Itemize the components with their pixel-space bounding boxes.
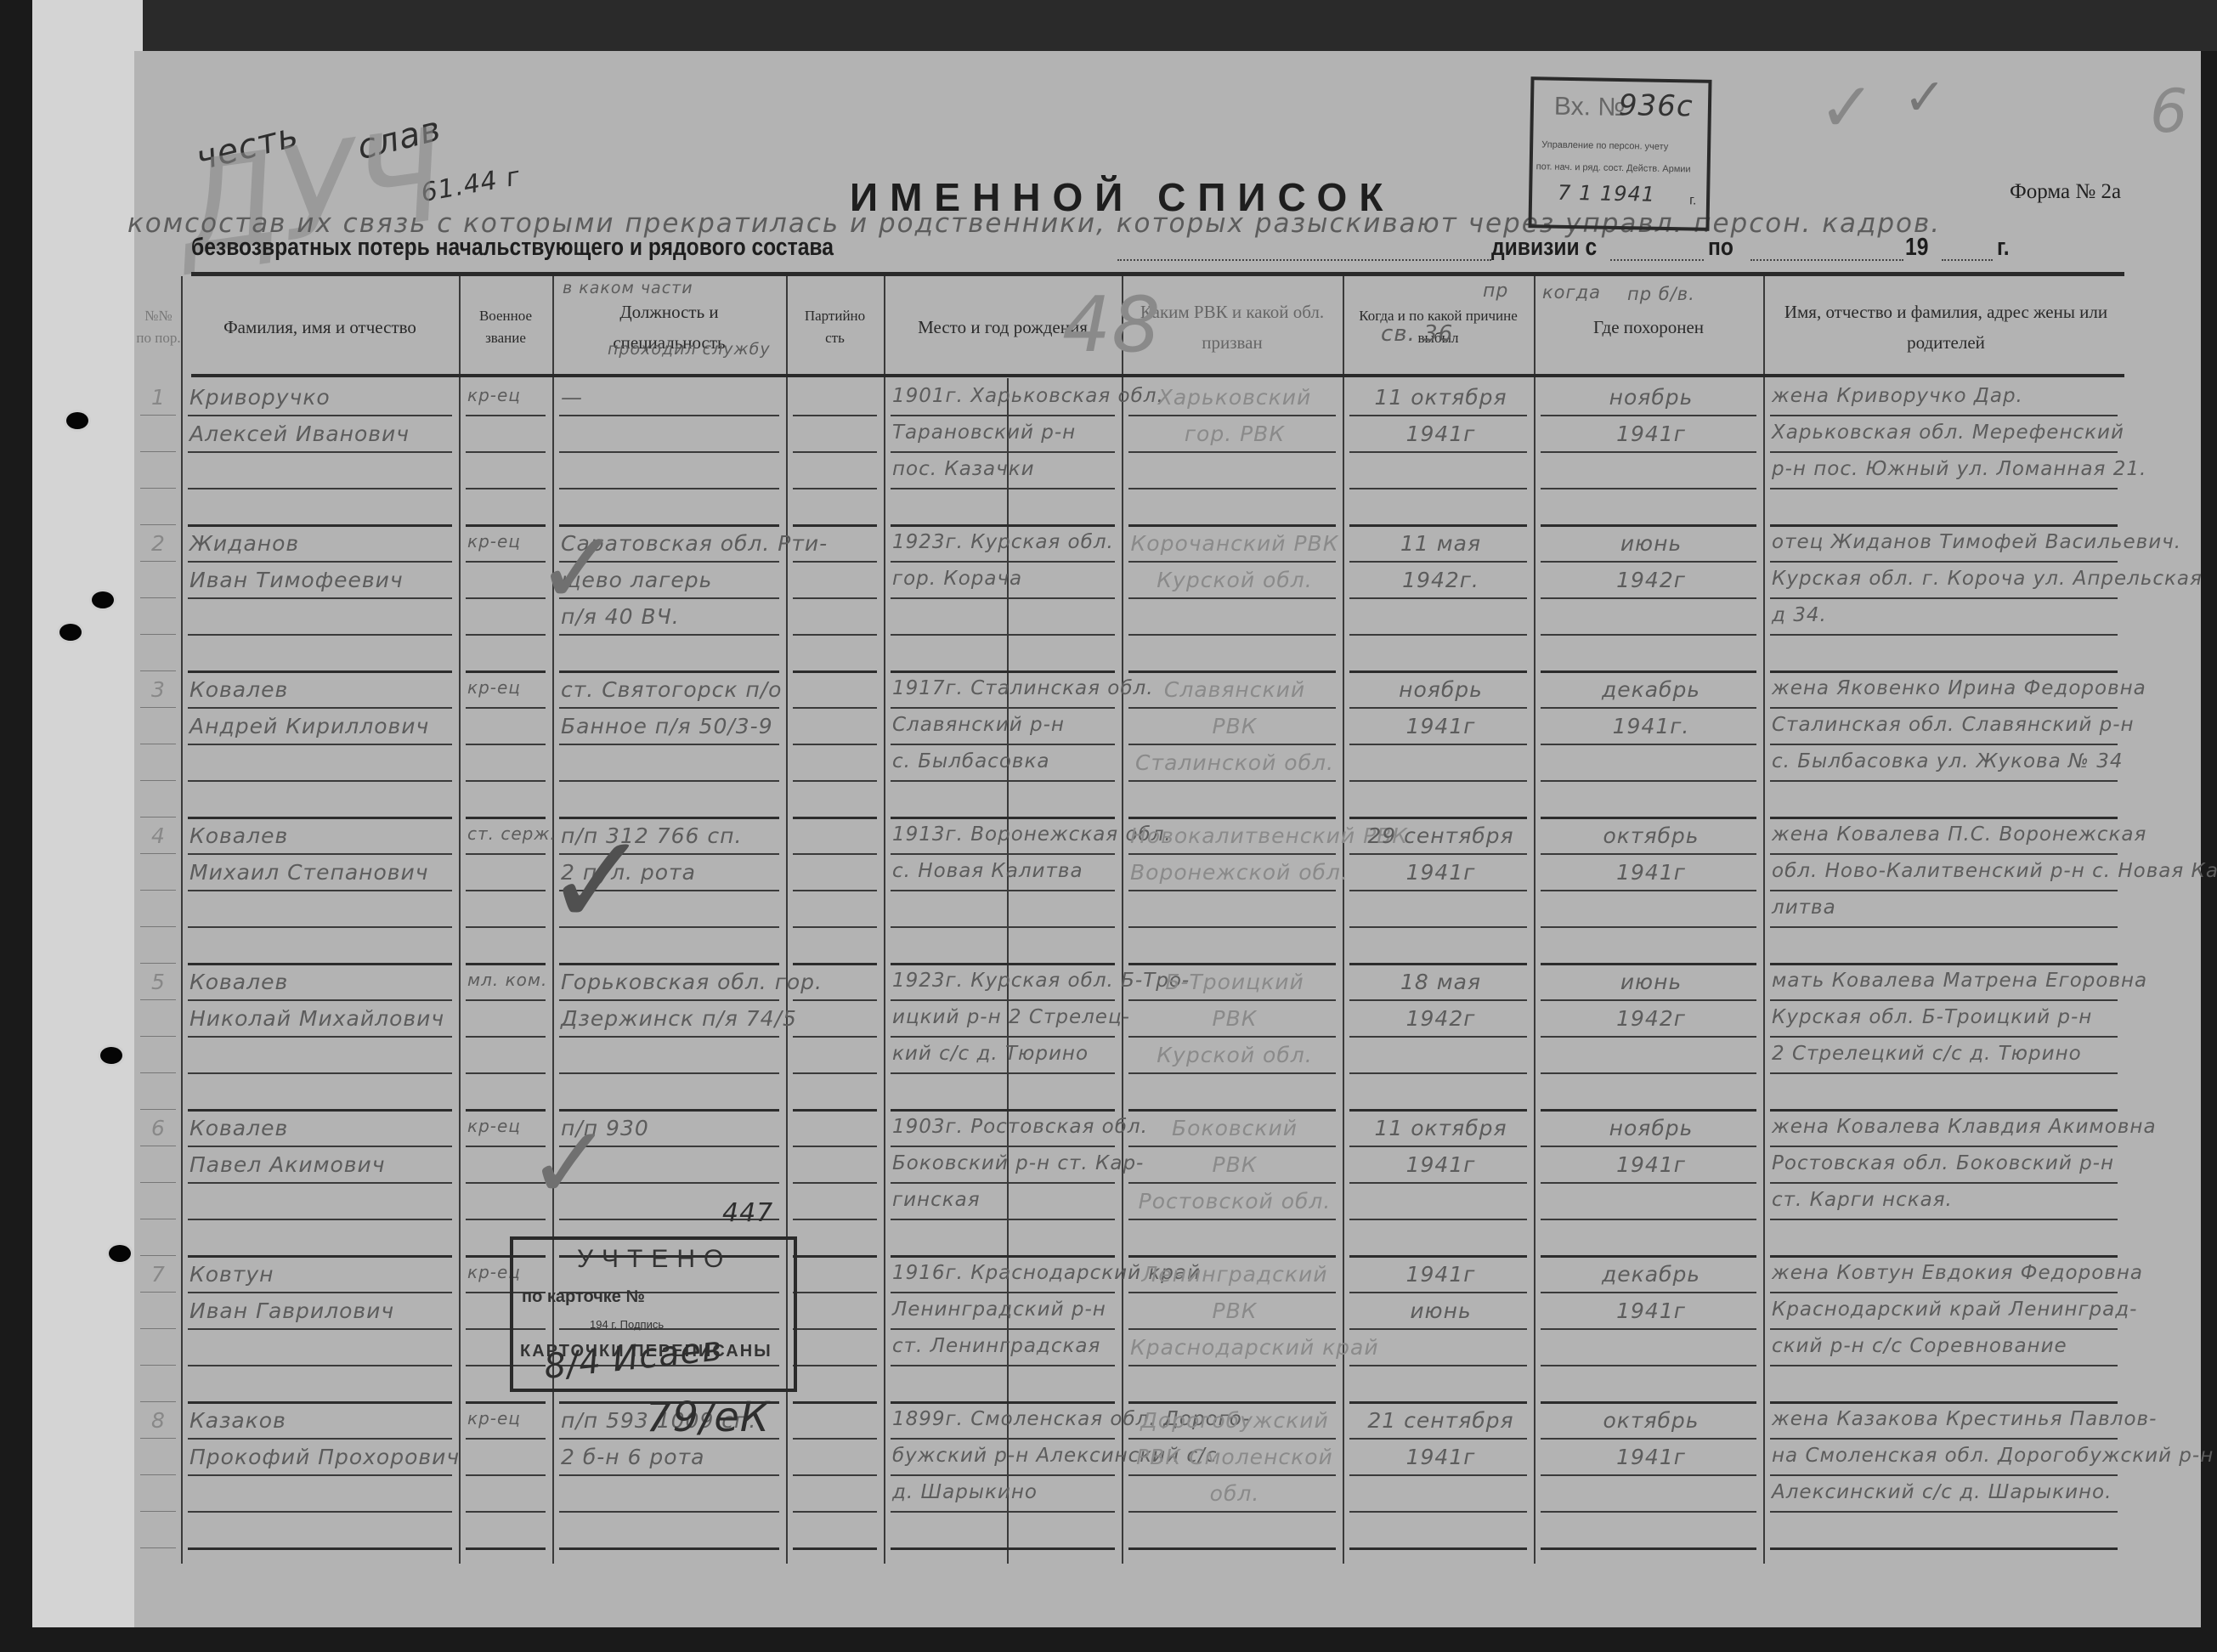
ruled-line (1128, 415, 1336, 416)
rvk-cell: Новокалитвенский РВК (1130, 823, 1339, 848)
birth-cell: с. Былбасовка (892, 750, 1118, 772)
rvk-cell: Ленинградский (1130, 1262, 1339, 1287)
punch-hole (92, 591, 114, 608)
ruled-line (188, 853, 452, 855)
ruled-line (188, 1365, 452, 1366)
ruled-line (188, 780, 452, 782)
ruled-line (793, 1146, 877, 1147)
scan-background-top (134, 0, 2217, 51)
division-label: дивизии с (1491, 234, 1597, 262)
checkmark-icon: ✓ (535, 510, 621, 628)
buried-cell: июнь (1542, 531, 1760, 556)
address-cell: жена Ковалева П.С. Воронежская (1772, 823, 2121, 846)
ruled-line (1128, 524, 1336, 527)
ruled-line (188, 1474, 452, 1476)
ruled-line (466, 1474, 546, 1476)
when-cell: 1941г (1351, 714, 1530, 738)
ruled-line (466, 817, 546, 819)
ruled-line (793, 817, 877, 819)
ruled-line (793, 1474, 877, 1476)
ruled-line (466, 451, 546, 453)
ruled-line (891, 1036, 1115, 1038)
buried-cell: 1941г (1542, 1152, 1760, 1177)
rank-cell: кр-ец (467, 1408, 549, 1429)
buried-cell: 1941г (1542, 1445, 1760, 1469)
ruled-line (891, 597, 1115, 599)
ruled-line (891, 890, 1115, 891)
ruled-line (1128, 999, 1336, 1001)
left-margin-strip (32, 0, 143, 1627)
ruled-line (1128, 1547, 1336, 1550)
ruled-line (188, 1292, 452, 1293)
address-cell: жена Ковалева Клавдия Акимовна (1772, 1116, 2121, 1138)
birth-cell: кий с/с д. Тюрино (892, 1043, 1118, 1065)
ruled-line (891, 853, 1115, 855)
ruled-line (1770, 1328, 2118, 1330)
ruled-line (140, 524, 176, 525)
ruled-line (140, 488, 176, 489)
rvk-cell: Ростовской обл. (1130, 1189, 1339, 1214)
buried-cell: июнь (1542, 970, 1760, 994)
rvk-cell: гор. РВК (1130, 421, 1339, 446)
ruled-line (1770, 1072, 2118, 1074)
ruled-line (891, 524, 1115, 527)
ruled-line (1128, 1109, 1336, 1112)
ruled-line (1541, 1547, 1756, 1550)
ruled-line (1349, 1474, 1527, 1476)
buried-cell: 1941г (1542, 421, 1760, 446)
ruled-line (466, 1036, 546, 1038)
ruled-line (1349, 1401, 1527, 1404)
ruled-line (559, 999, 779, 1001)
ruled-line (1770, 415, 2118, 416)
ruled-line (793, 1182, 877, 1184)
birth-cell: Боковский р-н ст. Кар- (892, 1152, 1118, 1174)
ruled-line (1349, 1072, 1527, 1074)
ruled-line (1349, 744, 1527, 745)
ruled-line (1349, 451, 1527, 453)
ruled-line (1541, 780, 1756, 782)
ruled-line (1770, 524, 2118, 527)
ruled-line (891, 670, 1115, 673)
ruled-line (466, 853, 546, 855)
ruled-line (188, 488, 452, 489)
ruled-line (1770, 853, 2118, 855)
rvk-cell: РВК (1130, 1298, 1339, 1323)
header-annotation: проходил службу (608, 340, 771, 359)
ruled-line (1541, 707, 1756, 709)
rank-cell: мл. ком. (467, 970, 549, 990)
col-header-address: Имя, отчество и фамилия, адрес жены или … (1780, 280, 2112, 374)
checkmark-icon: ✓ (544, 807, 651, 955)
ruled-line (1541, 597, 1756, 599)
period-to-field (1750, 259, 1903, 261)
rvk-cell: Харьковский (1130, 385, 1339, 410)
birth-cell: 1923г. Курская обл. Б-Тро- (892, 970, 1118, 992)
ruled-line (188, 597, 452, 599)
name-cell: Ковалев (189, 1116, 455, 1140)
ruled-line (466, 999, 546, 1001)
buried-cell: 1941г. (1542, 714, 1760, 738)
rvk-cell: Курской обл. (1130, 568, 1339, 592)
rvk-cell: РВК Смоленской (1130, 1445, 1339, 1469)
buried-cell: декабрь (1542, 1262, 1760, 1287)
when-cell: 18 мая (1351, 970, 1530, 994)
ruled-line (140, 1365, 176, 1366)
ruled-line (1349, 963, 1527, 965)
ruled-line (140, 744, 176, 744)
ruled-line (188, 1109, 452, 1112)
ruled-line (466, 670, 546, 673)
ruled-line (188, 999, 452, 1001)
ruled-line (1770, 1146, 2118, 1147)
ruled-line (466, 524, 546, 527)
ruled-line (1349, 1292, 1527, 1293)
ruled-line (1541, 926, 1756, 928)
buried-cell: 1941г (1542, 1298, 1760, 1323)
when-cell: 1941г (1351, 860, 1530, 885)
rvk-cell: Курской обл. (1130, 1043, 1339, 1067)
ruled-line (1349, 926, 1527, 928)
ruled-line (891, 963, 1115, 965)
when-cell: 1941г (1351, 1152, 1530, 1177)
ruled-line (1770, 999, 2118, 1001)
ruled-line (188, 415, 452, 416)
address-cell: на Смоленская обл. Дорогобужский р-н (1772, 1445, 2121, 1467)
birth-cell: 1913г. Воронежская обл. (892, 823, 1118, 846)
row-number: 3 (151, 677, 184, 702)
ruled-line (793, 1365, 877, 1366)
address-cell: жена Казакова Крестинья Павлов- (1772, 1408, 2121, 1430)
when-cell: 1941г (1351, 421, 1530, 446)
ruled-line (559, 780, 779, 782)
year-suffix: г. (1997, 234, 2010, 262)
ruled-line (1128, 926, 1336, 928)
ruled-line (1770, 744, 2118, 745)
ruled-line (793, 1072, 877, 1074)
header-annotation: пр (1483, 280, 1508, 302)
row-number: 2 (151, 531, 184, 556)
birth-cell: Ленинградский р-н (892, 1298, 1118, 1321)
when-cell: ноябрь (1351, 677, 1530, 702)
ruled-line (140, 451, 176, 452)
ruled-line (140, 780, 176, 781)
address-cell: ский р-н с/с Соревнование (1772, 1335, 2121, 1357)
rvk-cell: Корочанский РВК (1130, 531, 1339, 556)
ruled-line (1770, 1401, 2118, 1404)
ruled-line (466, 634, 546, 636)
address-cell: д 34. (1772, 604, 2121, 626)
checkmark-icon: ✓ (1818, 68, 1875, 147)
ruled-line (559, 488, 779, 489)
address-cell: Краснодарский край Ленинград- (1772, 1298, 2121, 1321)
ruled-line (466, 597, 546, 599)
ruled-line (140, 817, 176, 818)
punch-hole (66, 412, 88, 429)
ruled-line (1770, 1255, 2118, 1258)
subtitle: безвозвратных потерь начальствующего и р… (191, 234, 834, 262)
buried-cell: ноябрь (1542, 385, 1760, 410)
ruled-line (1128, 1328, 1336, 1330)
ruled-line (1349, 1547, 1527, 1550)
row-number: 6 (151, 1116, 184, 1140)
ruled-line (1770, 670, 2118, 673)
ruled-line (891, 1109, 1115, 1112)
ruled-line (793, 1219, 877, 1220)
ruled-line (793, 1109, 877, 1112)
birth-cell: гинская (892, 1189, 1118, 1211)
stamp-handwriting: 79/еК (646, 1394, 770, 1441)
birth-cell: Тарановский р-н (892, 421, 1118, 444)
name-cell: Ковтун (189, 1262, 455, 1287)
ruled-line (188, 1328, 452, 1330)
when-cell: 11 октября (1351, 1116, 1530, 1140)
header-annotation: св. 36 (1381, 321, 1453, 347)
rvk-cell: РВК (1130, 1006, 1339, 1031)
name-cell: Криворучко (189, 385, 455, 410)
ruled-line (188, 451, 452, 453)
ruled-line (1541, 1072, 1756, 1074)
ruled-line (140, 1182, 176, 1183)
address-cell: жена Ковтун Евдокия Федоровна (1772, 1262, 2121, 1284)
ruled-line (466, 1438, 546, 1440)
name-cell: Ковалев (189, 970, 455, 994)
rvk-cell: РВК (1130, 714, 1339, 738)
ruled-line (891, 1292, 1115, 1293)
ruled-line (1349, 415, 1527, 416)
ruled-line (1770, 1547, 2118, 1550)
birth-cell: бужский р-н Алексинский с/с (892, 1445, 1118, 1467)
column-divider (1343, 276, 1344, 1564)
ruled-line (891, 707, 1115, 709)
ruled-line (188, 634, 452, 636)
name-cell: Николай Михайлович (189, 1006, 455, 1031)
row-number: 1 (151, 385, 184, 410)
ruled-line (793, 1036, 877, 1038)
ruled-line (1128, 1474, 1336, 1476)
birth-cell: 1923г. Курская обл. (892, 531, 1118, 553)
name-cell: Ковалев (189, 677, 455, 702)
ruled-line (793, 1255, 877, 1258)
ruled-line (1541, 1146, 1756, 1147)
ruled-line (1128, 1182, 1336, 1184)
ruled-line (466, 780, 546, 782)
when-cell: 1942г (1351, 1006, 1530, 1031)
ruled-line (1128, 451, 1336, 453)
ruled-line (1541, 634, 1756, 636)
name-cell: Жиданов (189, 531, 455, 556)
rvk-cell: Б-Троицкий (1130, 970, 1339, 994)
ruled-line (1541, 670, 1756, 673)
ruled-line (891, 999, 1115, 1001)
ruled-line (559, 670, 779, 673)
ruled-line (559, 1547, 779, 1550)
ruled-line (140, 1109, 176, 1110)
ruled-line (793, 707, 877, 709)
row-number: 5 (151, 970, 184, 994)
fill-line (1117, 259, 1491, 261)
header-annotation: когда (1542, 282, 1601, 303)
rvk-cell: Воронежской обл. (1130, 860, 1339, 885)
ruled-line (793, 634, 877, 636)
ruled-line (140, 634, 176, 635)
rvk-cell: Сталинской обл. (1130, 750, 1339, 775)
ruled-line (1541, 1255, 1756, 1258)
column-divider (459, 276, 461, 1564)
ruled-line (140, 597, 176, 598)
header-rule (191, 272, 2124, 276)
position-cell: Банное п/я 50/3-9 (561, 714, 783, 738)
ruled-line (140, 1328, 176, 1329)
ruled-line (140, 1474, 176, 1475)
ruled-line (140, 1146, 176, 1146)
ruled-line (140, 1292, 176, 1293)
ruled-line (891, 451, 1115, 453)
ruled-line (559, 1036, 779, 1038)
ruled-line (1128, 1255, 1336, 1258)
ruled-line (793, 415, 877, 416)
address-cell: обл. Ново-Калитвенский р-н с. Новая Ка- (1772, 860, 2121, 882)
ruled-line (793, 1401, 877, 1404)
row-number: 7 (151, 1262, 184, 1287)
name-cell: Ковалев (189, 823, 455, 848)
ruled-line (466, 1511, 546, 1513)
ruled-line (1349, 597, 1527, 599)
buried-cell: 1942г (1542, 1006, 1760, 1031)
ruled-line (466, 1547, 546, 1550)
birth-cell: Славянский р-н (892, 714, 1118, 736)
ruled-line (559, 1474, 779, 1476)
ruled-line (1128, 963, 1336, 965)
birth-cell: ицкий р-н 2 Стрелец- (892, 1006, 1118, 1028)
punch-hole (100, 1047, 122, 1064)
ruled-line (140, 1547, 176, 1548)
rank-cell: кр-ец (467, 385, 549, 405)
ruled-line (140, 1401, 176, 1402)
ruled-line (1349, 780, 1527, 782)
ruled-line (1770, 1474, 2118, 1476)
ruled-line (1128, 1072, 1336, 1074)
ruled-line (793, 488, 877, 489)
ruled-line (466, 890, 546, 891)
ruled-line (793, 926, 877, 928)
ruled-line (140, 1072, 176, 1073)
rvk-cell: Славянский (1130, 677, 1339, 702)
ruled-line (1541, 415, 1756, 416)
ruled-line (188, 1146, 452, 1147)
ruled-line (1349, 1438, 1527, 1440)
address-cell: р-н пос. Южный ул. Ломанная 21. (1772, 458, 2121, 480)
when-cell: 21 сентября (1351, 1408, 1530, 1433)
header-annotation: пр б/в. (1627, 284, 1695, 304)
name-cell: Алексей Иванович (189, 421, 455, 446)
ruled-line (1770, 963, 2118, 965)
ruled-line (1128, 1438, 1336, 1440)
checkmark-icon: ✓ (527, 1105, 613, 1223)
ruled-line (793, 597, 877, 599)
ruled-line (1541, 1292, 1756, 1293)
ruled-line (891, 1474, 1115, 1476)
ruled-line (1541, 1511, 1756, 1513)
ruled-line (140, 1255, 176, 1256)
ruled-line (1128, 1146, 1336, 1147)
when-cell: 11 мая (1351, 531, 1530, 556)
ruled-line (140, 1219, 176, 1219)
ruled-line (793, 1328, 877, 1330)
page-number: 6 (2150, 76, 2189, 146)
ruled-line (188, 1182, 452, 1184)
ruled-line (1770, 597, 2118, 599)
ruled-line (1349, 1328, 1527, 1330)
column-divider (1763, 276, 1765, 1564)
rank-cell: ст. серж. (467, 823, 549, 844)
ruled-line (1128, 707, 1336, 709)
birth-cell: 1917г. Сталинская обл. (892, 677, 1118, 699)
column-divider (884, 276, 885, 1564)
ruled-line (793, 780, 877, 782)
birth-cell: 1899г. Смоленская обл. Дорого- (892, 1408, 1118, 1430)
ruled-line (1541, 1109, 1756, 1112)
ruled-line (1541, 1328, 1756, 1330)
ruled-line (891, 1511, 1115, 1513)
ruled-line (140, 707, 176, 708)
punch-hole (109, 1245, 131, 1262)
ruled-line (559, 634, 779, 636)
ruled-line (1349, 1511, 1527, 1513)
header-annotation: в каком части (563, 279, 693, 297)
ruled-line (559, 744, 779, 745)
ruled-line (793, 1292, 877, 1293)
ruled-line (1541, 1438, 1756, 1440)
address-cell: Ростовская обл. Боковский р-н (1772, 1152, 2121, 1174)
ruled-line (1541, 963, 1756, 965)
ruled-line (1770, 890, 2118, 891)
ruled-line (1770, 488, 2118, 489)
year-label: 19 (1905, 234, 1928, 262)
ruled-line (891, 561, 1115, 563)
ruled-line (140, 963, 176, 964)
ruled-line (1770, 1292, 2118, 1293)
ruled-line (1349, 1146, 1527, 1147)
when-cell: 29 сентября (1351, 823, 1530, 848)
ruled-line (1770, 451, 2118, 453)
ruled-line (1770, 561, 2118, 563)
ruled-line (1541, 1401, 1756, 1404)
ruled-line (140, 926, 176, 927)
division-from-field (1610, 259, 1704, 261)
buried-cell: октябрь (1542, 1408, 1760, 1433)
incoming-number: 936с (1619, 88, 1694, 124)
ruled-line (1349, 1219, 1527, 1220)
ruled-line (1128, 1292, 1336, 1293)
ruled-line (188, 963, 452, 965)
incoming-date: 7 1 1941 (1558, 181, 1655, 206)
ruled-line (188, 744, 452, 745)
ruled-line (1770, 1438, 2118, 1440)
birth-cell: 1903г. Ростовская обл. (892, 1116, 1118, 1138)
address-cell: Сталинская обл. Славянский р-н (1772, 714, 2121, 736)
birth-cell: пос. Казачки (892, 458, 1118, 480)
address-cell: отец Жиданов Тимофей Васильевич. (1772, 531, 2121, 553)
checkmark-icon: ✓ (1903, 68, 1946, 127)
ruled-line (140, 415, 176, 416)
ruled-line (793, 744, 877, 745)
ruled-line (1541, 817, 1756, 819)
ruled-line (1541, 1365, 1756, 1366)
ruled-line (140, 1511, 176, 1512)
when-cell: 1942г. (1351, 568, 1530, 592)
handwritten-column-mark: 48 (1062, 280, 1162, 370)
